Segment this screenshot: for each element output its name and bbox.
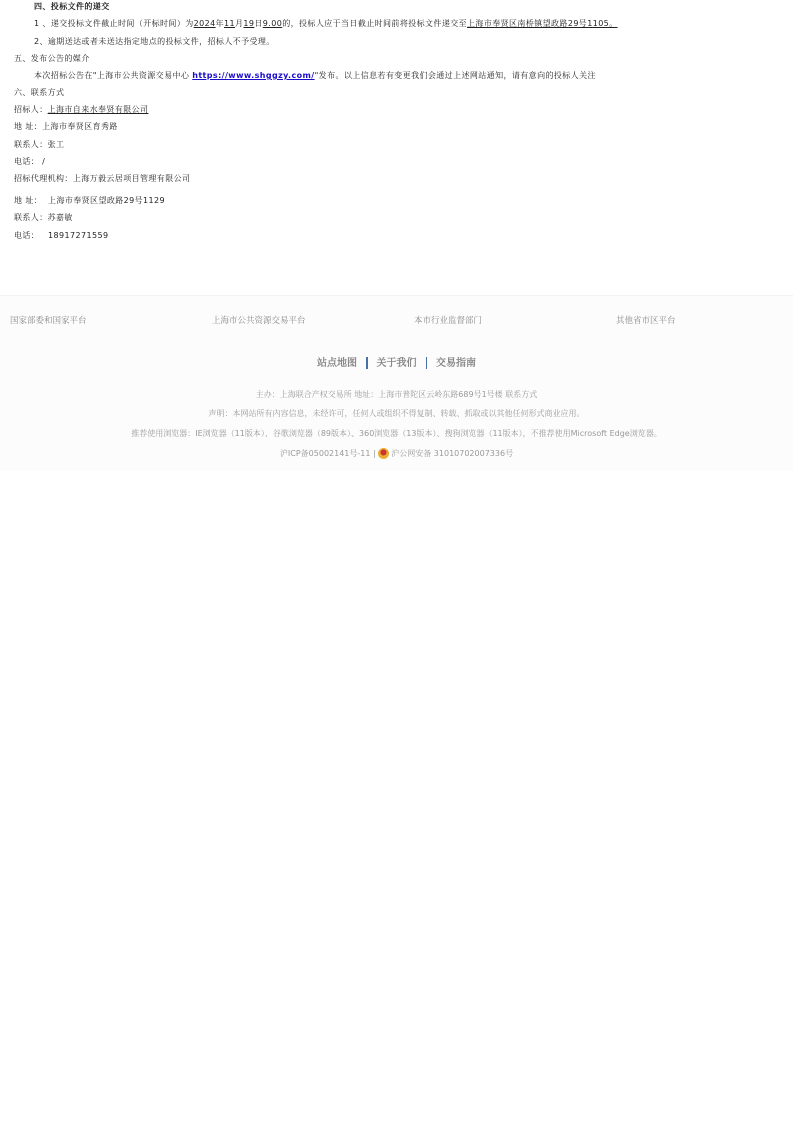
footer-nav-guide[interactable]: 交易指南: [427, 358, 485, 369]
tenderer-label: 招标人：: [14, 105, 48, 114]
address-label: 地 址：: [14, 122, 42, 131]
agency-label: 招标代理机构：: [14, 174, 73, 183]
site-footer: 国家部委和国家平台 上海市公共资源交易平台 本市行业监督部门 其他省市区平台 站…: [0, 295, 793, 471]
submission-location: 上海市奉贤区南桥镇望政路29号1105。: [467, 19, 618, 28]
footer-nav: 站点地图关于我们交易指南: [0, 354, 793, 369]
address-value: 上海市奉贤区育秀路: [42, 122, 118, 131]
footer-platform-links: 国家部委和国家平台 上海市公共资源交易平台 本市行业监督部门 其他省市区平台: [0, 314, 793, 328]
footer-link-other-provinces[interactable]: 其他省市区平台: [616, 314, 676, 326]
icp-number[interactable]: 沪ICP备05002141号-11: [280, 449, 371, 458]
phone-value: /: [42, 157, 45, 166]
contact-label: 联系人：: [14, 140, 48, 149]
footer-link-national[interactable]: 国家部委和国家平台: [10, 314, 87, 326]
registration-separator: |: [373, 449, 376, 458]
phone-label: 电话：: [14, 157, 39, 166]
agency-value: 上海万毅云居项目管理有限公司: [73, 174, 191, 183]
agency-phone-label: 电话：: [14, 231, 39, 240]
deadline-day: 19: [243, 19, 254, 28]
section5-heading: 五、发布公告的媒介: [14, 53, 90, 65]
agency-contact-label: 联系人：: [14, 213, 48, 222]
item1-prefix: 1 、递交投标文件截止时间（开标时间）为: [34, 19, 194, 28]
year-suffix: 年: [216, 19, 224, 28]
footer-statement: 声明：本网站所有内容信息，未经许可，任何人或组织不得复制、转载、抓取或以其他任何…: [0, 408, 793, 419]
address-row: 地 址：上海市奉贤区育秀路: [14, 121, 118, 133]
phone-row: 电话： /: [14, 156, 45, 168]
agency-row: 招标代理机构：上海万毅云居项目管理有限公司: [14, 173, 190, 185]
agency-address-value: 上海市奉贤区望政路29号1129: [48, 196, 165, 205]
footer-browser-note: 推荐使用浏览器：IE浏览器（11版本）、谷歌浏览器（89版本）、360浏览器（1…: [0, 428, 793, 439]
police-registration[interactable]: 沪公网安备 31010702007336号: [391, 449, 513, 458]
deadline-month: 11: [224, 19, 235, 28]
media-text-prefix: 本次招标公告在"上海市公共资源交易中心: [34, 71, 192, 80]
tenderer-row: 招标人：上海市自来水奉贤有限公司: [14, 104, 148, 116]
agency-address-label: 地 址：: [14, 196, 42, 205]
footer-nav-about[interactable]: 关于我们: [368, 358, 426, 369]
footer-link-shanghai-platform[interactable]: 上海市公共资源交易平台: [212, 314, 306, 326]
agency-phone-row: 电话： 18917271559: [14, 230, 108, 242]
day-suffix: 日: [254, 19, 262, 28]
agency-address-row: 地 址： 上海市奉贤区望政路29号1129: [14, 195, 165, 207]
agency-phone-value: 18917271559: [48, 231, 108, 240]
section4-heading: 四、投标文件的递交: [34, 1, 110, 13]
shggzy-link[interactable]: https://www.shggzy.com/: [192, 71, 314, 80]
section4-item1: 1 、递交投标文件截止时间（开标时间）为2024年11月19日9.00的，投标人…: [34, 18, 618, 30]
police-badge-icon: [378, 448, 389, 459]
section5-text: 本次招标公告在"上海市公共资源交易中心 https://www.shggzy.c…: [34, 70, 596, 82]
deadline-year: 2024: [194, 19, 216, 28]
agency-contact-row: 联系人：苏嘉敏: [14, 212, 73, 224]
footer-link-supervision[interactable]: 本市行业监督部门: [414, 314, 482, 326]
footer-host-info: 主办：上海联合产权交易所 地址：上海市普陀区云岭东路689号1号楼 联系方式: [0, 389, 793, 400]
media-text-suffix: "发布。以上信息若有变更我们会通过上述网站通知，请有意向的投标人关注: [315, 71, 596, 80]
agency-contact-value: 苏嘉敏: [48, 213, 73, 222]
section4-item2: 2、逾期送达或者未送达指定地点的投标文件，招标人不予受理。: [34, 36, 275, 48]
section6-heading: 六、联系方式: [14, 87, 64, 99]
deadline-time: 9.00: [263, 19, 282, 28]
footer-nav-sitemap[interactable]: 站点地图: [308, 358, 366, 369]
contact-row: 联系人：张工: [14, 139, 64, 151]
footer-registration: 沪ICP备05002141号-11 | 沪公网安备 31010702007336…: [0, 448, 793, 459]
item1-mid: 的，投标人应于当日截止时间前将投标文件递交至: [282, 19, 467, 28]
tenderer-value: 上海市自来水奉贤有限公司: [48, 105, 149, 114]
contact-value: 张工: [48, 140, 65, 149]
